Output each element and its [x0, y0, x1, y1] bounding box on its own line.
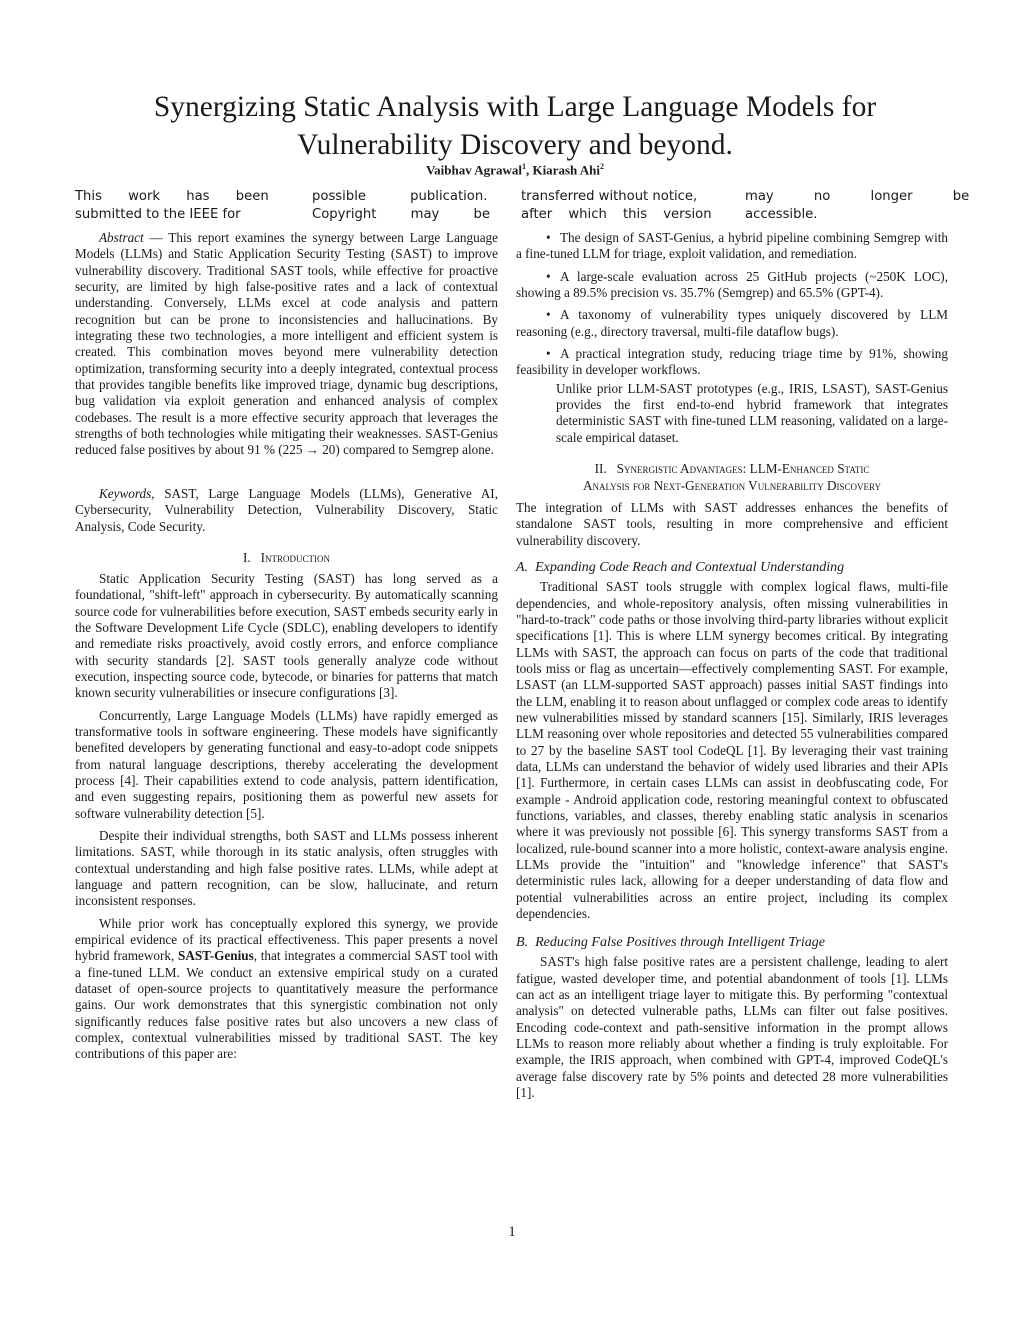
subsection-b-text: SAST's high false positive rates are a p…: [516, 954, 948, 1101]
section-2-intro: The integration of LLMs with SAST addres…: [516, 500, 948, 549]
abstract-text: This report examines the synergy between…: [75, 230, 498, 457]
notice-line: transferred without notice,: [521, 188, 746, 206]
section-2-number: II.: [595, 461, 607, 476]
notice-column-3: transferred without notice, after which …: [521, 188, 746, 224]
contribution-text: A large-scale evaluation across 25 GitHu…: [516, 269, 948, 300]
intro-paragraph-4: While prior work has conceptually explor…: [75, 916, 498, 1063]
subsection-b-heading: B. Reducing False Positives through Inte…: [516, 934, 948, 952]
notice-column-4: may no longer be accessible.: [745, 188, 955, 224]
section-2-title-line-1: Synergistic Advantages: LLM-Enhanced Sta…: [617, 461, 870, 476]
contribution-item: •A practical integration study, reducing…: [516, 346, 948, 379]
bullet-icon: •: [546, 269, 560, 285]
contribution-text: The design of SAST-Genius, a hybrid pipe…: [516, 230, 948, 261]
bullet-icon: •: [546, 230, 560, 246]
page-number: 1: [0, 1224, 1024, 1241]
intro-paragraph-1: Static Application Security Testing (SAS…: [75, 571, 498, 702]
author-2: Kiarash Ahi: [532, 162, 600, 177]
author-2-affiliation: 2: [600, 162, 604, 171]
abstract-dash: —: [144, 230, 169, 245]
contribution-item: •The design of SAST-Genius, a hybrid pip…: [516, 230, 948, 263]
notice-line: accessible.: [745, 206, 955, 224]
contribution-text: A practical integration study, reducing …: [516, 346, 948, 377]
keywords: Keywords, SAST, Large Language Models (L…: [75, 486, 498, 535]
paper-title: Synergizing Static Analysis with Large L…: [100, 88, 930, 164]
subsection-b-title: Reducing False Positives through Intelli…: [535, 935, 825, 950]
contribution-item: •A large-scale evaluation across 25 GitH…: [516, 269, 948, 302]
section-2-heading-line-1: II. Synergistic Advantages: LLM-Enhanced…: [516, 460, 948, 477]
notice-column-2: possible publication. Copyright may be: [312, 188, 502, 224]
section-1-number: I.: [243, 550, 251, 565]
section-2-heading: II. Synergistic Advantages: LLM-Enhanced…: [516, 460, 948, 494]
subsection-a-label: A.: [516, 560, 528, 575]
abstract-label: Abstract: [99, 230, 144, 245]
bullet-icon: •: [546, 307, 560, 323]
abstract: Abstract — This report examines the syne…: [75, 230, 498, 459]
subsection-a-text: Traditional SAST tools struggle with com…: [516, 579, 948, 922]
intro-paragraph-2: Concurrently, Large Language Models (LLM…: [75, 708, 498, 822]
section-1-title: Introduction: [261, 550, 330, 565]
contribution-item: •A taxonomy of vulnerability types uniqu…: [516, 307, 948, 340]
subsection-a-title: Expanding Code Reach and Contextual Unde…: [535, 560, 844, 575]
subsection-a-heading: A. Expanding Code Reach and Contextual U…: [516, 559, 948, 577]
authors: Vaibhav Agrawal1, Kiarash Ahi2: [100, 162, 930, 178]
title-line-1: Synergizing Static Analysis with Large L…: [100, 88, 930, 126]
notice-column-1: This work has been submitted to the IEEE…: [75, 188, 300, 224]
notice-line: may no longer be: [745, 188, 955, 206]
notice-line: Copyright may be: [312, 206, 502, 224]
section-2-title-line-2: Analysis for Next-Generation Vulnerabili…: [516, 477, 948, 494]
novelty-statement: Unlike prior LLM-SAST prototypes (e.g., …: [556, 381, 948, 446]
section-1-heading: I. Introduction: [75, 549, 498, 566]
notice-line: This work has been: [75, 188, 300, 206]
bullet-icon: •: [546, 346, 560, 362]
right-column: •The design of SAST-Genius, a hybrid pip…: [516, 230, 948, 1101]
notice-line: after which this version: [521, 206, 746, 224]
author-1: Vaibhav Agrawal: [426, 162, 522, 177]
contribution-text: A taxonomy of vulnerability types unique…: [516, 307, 948, 338]
notice-line: possible publication.: [312, 188, 502, 206]
notice-line: submitted to the IEEE for: [75, 206, 300, 224]
keywords-label: Keywords: [99, 486, 151, 501]
left-column: Abstract — This report examines the syne…: [75, 230, 498, 1063]
title-line-2: Vulnerability Discovery and beyond.: [100, 126, 930, 164]
intro-paragraph-3: Despite their individual strengths, both…: [75, 828, 498, 910]
subsection-b-label: B.: [516, 935, 528, 950]
framework-name: SAST-Genius: [178, 948, 254, 963]
intro-paragraph-4-text-cont: , that integrates a commercial SAST tool…: [75, 948, 498, 1061]
